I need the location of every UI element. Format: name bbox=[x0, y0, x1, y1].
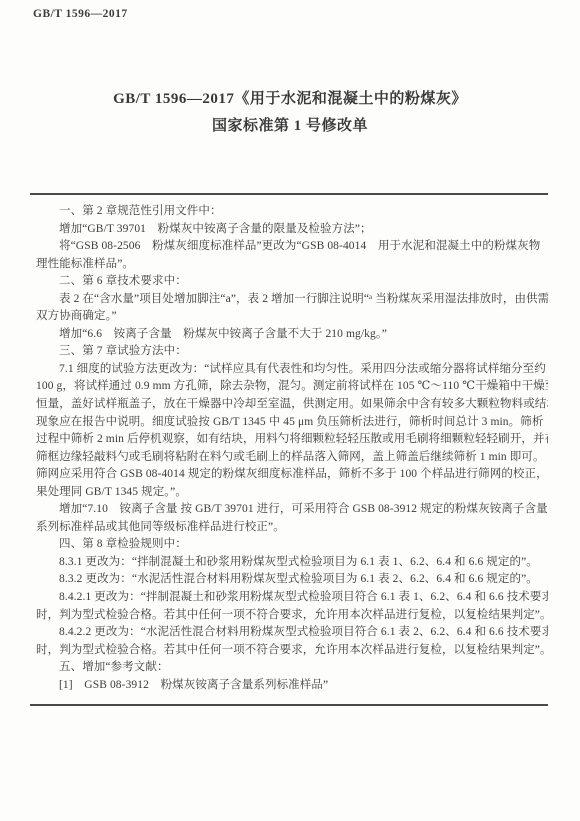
top-divider-rule bbox=[30, 193, 548, 195]
body-line: 恒量，盖好试样瓶盖子，放在干燥器中冷却至室温，供测定用。如果筛余中含有较多大颗粒… bbox=[36, 396, 548, 414]
body-line: 表 2 在“含水量”项目处增加脚注“a”，表 2 增加一行脚注说明“ᵃ 当粉煤灰… bbox=[36, 291, 548, 309]
document-title: GB/T 1596—2017《用于水泥和混凝土中的粉煤灰》 国家标准第 1 号修… bbox=[0, 86, 580, 140]
body-line: 时，判为型式检验合格。若其中任何一项不符合要求，允许用本次样品进行复检，以复检结… bbox=[36, 607, 548, 625]
body-line: 系列标准样品或其他同等级标准样品进行校正”。 bbox=[36, 519, 548, 537]
body-line: 过程中筛析 2 min 后停机观察，如有结块，用料勺将细颗粒轻轻压散或用毛刷将细… bbox=[36, 431, 548, 449]
body-line: 筛框边缘轻敲料勺或毛刷将粘附在料勺或毛刷上的样品落入筛网，盖上筛盖后继续筛析 1… bbox=[36, 449, 548, 467]
body-line: 筛网应采用符合 GSB 08-4014 规定的粉煤灰细度标准样品，筛析不多于 1… bbox=[36, 466, 548, 484]
body-line: 8.3.1 更改为：“拌制混凝土和砂浆用粉煤灰型式检验项目为 6.1 表 1、6… bbox=[36, 554, 548, 572]
body-line: [1] GSB 08-3912 粉煤灰铵离子含量系列标准样品” bbox=[36, 677, 548, 695]
title-line-2: 国家标准第 1 号修改单 bbox=[0, 113, 580, 140]
body-line: 现象应在报告中说明。细度试验按 GB/T 1345 中 45 μm 负压筛析法进… bbox=[36, 414, 548, 432]
body-line: 时，判为型式检验合格。若其中任何一项不符合要求，允许用本次样品进行复检，以复检结… bbox=[36, 642, 548, 660]
body-line: 增加“GB/T 39701 粉煤灰中铵离子含量的限量及检验方法”； bbox=[36, 221, 548, 239]
body-line: 一、第 2 章规范性引用文件中： bbox=[36, 203, 548, 221]
page-header-standard-number: GB/T 1596—2017 bbox=[33, 8, 128, 20]
body-line: 增加“6.6 铵离子含量 粉煤灰中铵离子含量不大于 210 mg/kg。” bbox=[36, 326, 548, 344]
body-line: 二、第 6 章技术要求中： bbox=[36, 273, 548, 291]
body-line: 100 g，将试样通过 0.9 mm 方孔筛，除去杂物，混匀。测定前将试样在 1… bbox=[36, 378, 548, 396]
body-text: 一、第 2 章规范性引用文件中：增加“GB/T 39701 粉煤灰中铵离子含量的… bbox=[36, 203, 548, 694]
body-line: 增加“7.10 铵离子含量 按 GB/T 39701 进行，可采用符合 GSB … bbox=[36, 501, 548, 519]
body-line: 7.1 细度的试验方法更改为：“试样应具有代表性和均匀性。采用四分法或缩分器将试… bbox=[36, 361, 548, 379]
body-line: 果处理同 GB/T 1345 规定。”。 bbox=[36, 484, 548, 502]
body-line: 四、第 8 章检验规则中： bbox=[36, 536, 548, 554]
body-line: 8.4.2.2 更改为：“水泥活性混合材料用粉煤灰型式检验项目符合 6.1 表 … bbox=[36, 624, 548, 642]
title-line-1: GB/T 1596—2017《用于水泥和混凝土中的粉煤灰》 bbox=[0, 86, 580, 113]
body-line: 8.3.2 更改为：“水泥活性混合材料用粉煤灰型式检验项目为 6.1 表 2、6… bbox=[36, 571, 548, 589]
body-line: 五、增加“参考文献： bbox=[36, 659, 548, 677]
body-line: 三、第 7 章试验方法中： bbox=[36, 343, 548, 361]
body-line: 8.4.2.1 更改为：“拌制混凝土和砂浆用粉煤灰型式检验项目符合 6.1 表 … bbox=[36, 589, 548, 607]
document-page: GB/T 1596—2017 GB/T 1596—2017《用于水泥和混凝土中的… bbox=[0, 0, 580, 821]
body-line: 理性能标准样品”。 bbox=[36, 256, 548, 274]
bottom-divider-rule bbox=[30, 704, 548, 706]
body-line: 将“GSB 08-2506 粉煤灰细度标准样品”更改为“GSB 08-4014 … bbox=[36, 238, 548, 256]
body-line: 双方协商确定。” bbox=[36, 308, 548, 326]
